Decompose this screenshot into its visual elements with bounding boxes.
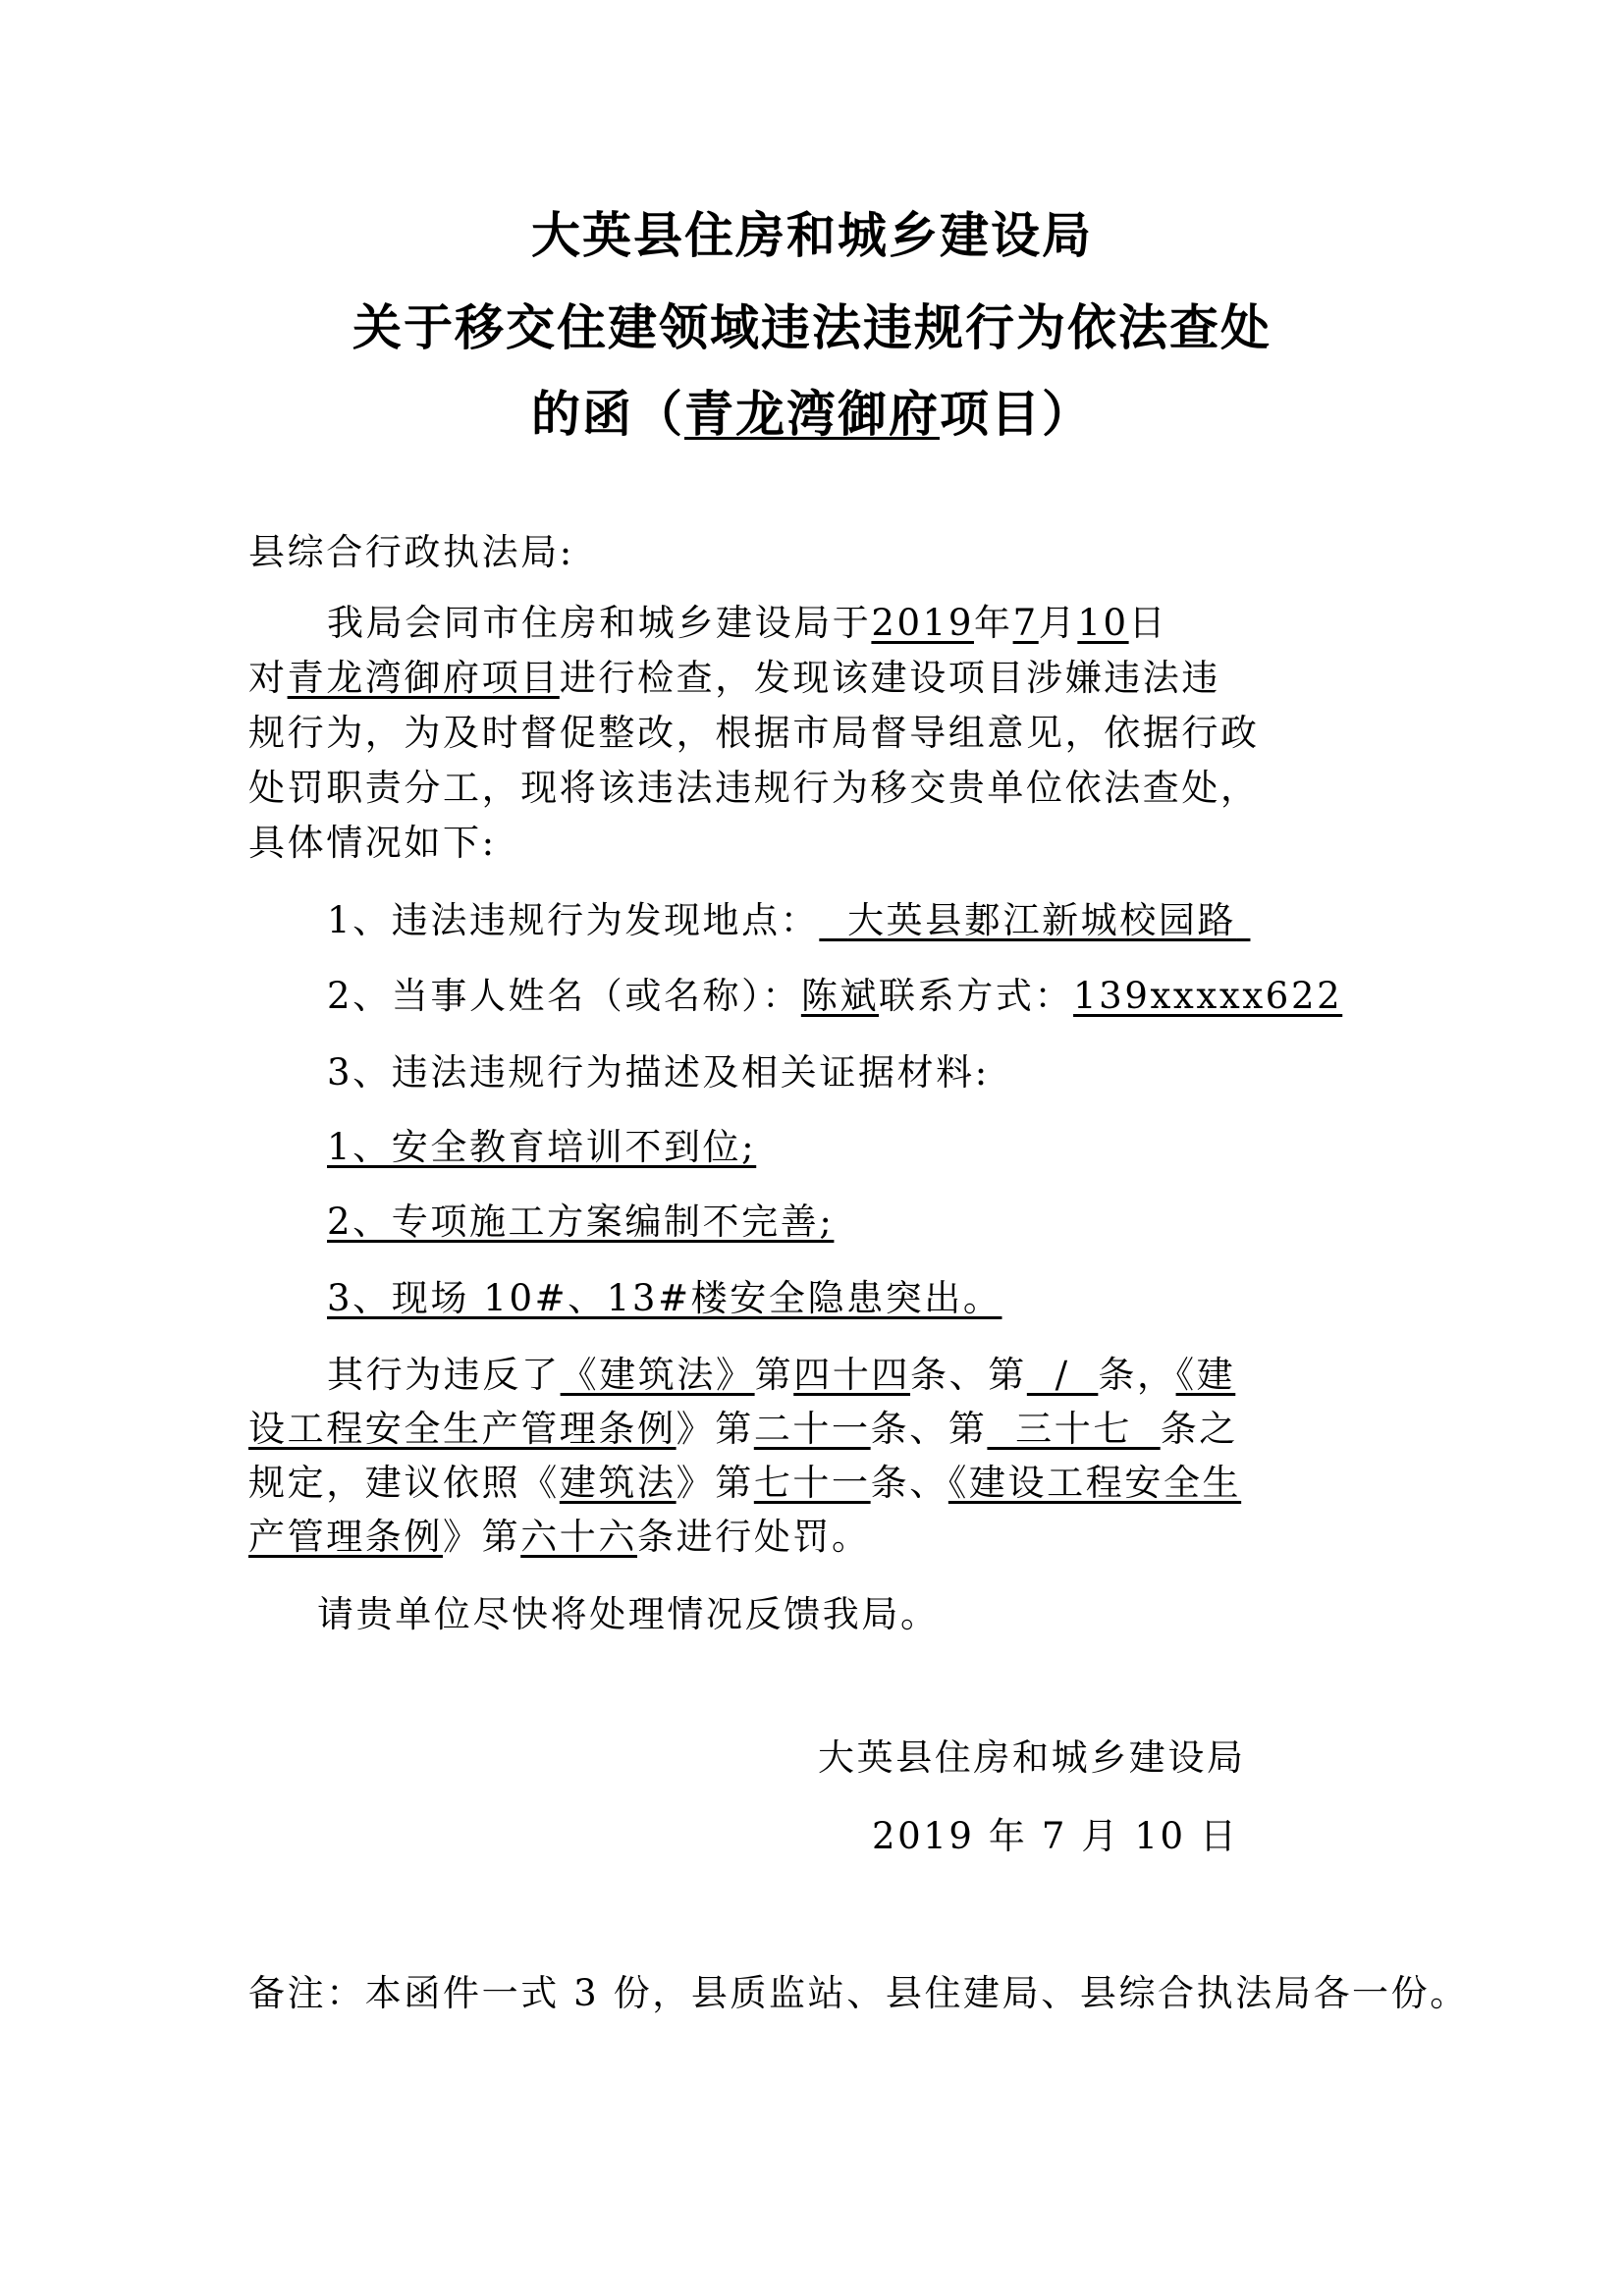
label: 联系方式： bbox=[879, 975, 1073, 1017]
article-number: 七十一 bbox=[754, 1462, 871, 1504]
text: 月 bbox=[1039, 602, 1078, 644]
text: 条， bbox=[1098, 1354, 1175, 1396]
text: 对 bbox=[248, 657, 288, 699]
inspection-month: 7 bbox=[1013, 602, 1039, 644]
article-number: 二十一 bbox=[754, 1408, 871, 1450]
item-location: 1、违法违规行为发现地点： 大英县郪江新城校园路 bbox=[327, 898, 1250, 943]
item-party: 2、当事人姓名（或名称）：陈斌联系方式：139xxxxx622 bbox=[327, 974, 1342, 1019]
article-number: / bbox=[1027, 1354, 1099, 1396]
title-line-2: 关于移交住建领域违法违规行为依法查处 bbox=[0, 298, 1624, 357]
title-line-1: 大英县住房和城乡建设局 bbox=[0, 206, 1624, 265]
intro-line-1: 我局会同市住房和城乡建设局于2019年7月10日 bbox=[327, 601, 1167, 646]
law-reference: 产管理条例 bbox=[248, 1516, 443, 1558]
text: 年 bbox=[974, 602, 1013, 644]
intro-line-2: 对青龙湾御府项目进行检查，发现该建设项目涉嫌违法违 bbox=[248, 656, 1220, 701]
text: 条进行处罚。 bbox=[637, 1516, 871, 1558]
recipient: 县综合行政执法局: bbox=[248, 530, 574, 575]
text: 条、第 bbox=[871, 1408, 988, 1450]
legal-line-4: 产管理条例》第六十六条进行处罚。 bbox=[248, 1515, 871, 1560]
request-text: 请贵单位尽快将处理情况反馈我局。 bbox=[317, 1592, 940, 1637]
issuer-name: 大英县住房和城乡建设局 bbox=[531, 207, 1093, 264]
law-reference: 《建设工程安全生 bbox=[948, 1462, 1241, 1504]
violation-item: 3、现场 10#、13#楼安全隐患突出。 bbox=[327, 1276, 1001, 1321]
intro-line-4: 处罚职责分工，现将该违法违规行为移交贵单位依法查处， bbox=[248, 766, 1260, 811]
article-number: 三十七 bbox=[987, 1408, 1160, 1450]
violation-item: 1、安全教育培训不到位; bbox=[327, 1125, 756, 1170]
inspection-day: 10 bbox=[1077, 602, 1128, 644]
signature-org: 大英县住房和城乡建设局 bbox=[818, 1735, 1246, 1781]
text: 条之 bbox=[1161, 1408, 1238, 1450]
text: 条、 bbox=[871, 1462, 948, 1504]
text: 规定，建议依照《 bbox=[248, 1462, 560, 1504]
violation-item: 2、专项施工方案编制不完善; bbox=[327, 1200, 834, 1245]
text: 条、第 bbox=[910, 1354, 1027, 1396]
label: 2、当事人姓名（或名称）： bbox=[327, 975, 801, 1017]
law-reference: 建筑法 bbox=[560, 1462, 677, 1504]
law-reference: 设工程安全生产管理条例 bbox=[248, 1408, 677, 1450]
intro-line-3: 规行为，为及时督促整改，根据市局督导组意见，依据行政 bbox=[248, 711, 1260, 756]
article-number: 六十六 bbox=[520, 1516, 637, 1558]
intro-line-5: 具体情况如下: bbox=[248, 821, 497, 866]
text: 其行为违反了 bbox=[327, 1354, 561, 1396]
text: 日 bbox=[1129, 602, 1168, 644]
legal-line-2: 设工程安全生产管理条例》第二十一条、第 三十七 条之 bbox=[248, 1407, 1238, 1452]
footnote: 备注：本函件一式 3 份，县质监站、县住建局、县综合执法局各一份。 bbox=[248, 1971, 1469, 2016]
signature-date: 2019 年 7 月 10 日 bbox=[872, 1814, 1239, 1859]
text: 》第 bbox=[677, 1408, 754, 1450]
project-name: 青龙湾御府项目 bbox=[288, 657, 560, 699]
text: 第 bbox=[755, 1354, 794, 1396]
law-reference: 《建筑法》 bbox=[561, 1354, 755, 1396]
item-evidence: 3、违法违规行为描述及相关证据材料: bbox=[327, 1050, 990, 1095]
text: 我局会同市住房和城乡建设局于 bbox=[327, 602, 871, 644]
title-suffix: 项目） bbox=[940, 386, 1093, 443]
letter-page: 大英县住房和城乡建设局 关于移交住建领域违法违规行为依法查处 的函（青龙湾御府项… bbox=[0, 0, 1624, 2296]
legal-line-1: 其行为违反了《建筑法》第四十四条、第 / 条，《建 bbox=[327, 1353, 1235, 1398]
law-reference: 《建 bbox=[1176, 1354, 1236, 1396]
subject-text: 关于移交住建领域违法违规行为依法查处 bbox=[352, 299, 1272, 356]
title-prefix: 的函（ bbox=[531, 386, 684, 443]
location-value: 大英县郪江新城校园路 bbox=[819, 899, 1250, 941]
legal-line-3: 规定，建议依照《建筑法》第七十一条、《建设工程安全生 bbox=[248, 1461, 1241, 1506]
party-name: 陈斌 bbox=[801, 975, 879, 1017]
title-project-name: 青龙湾御府 bbox=[684, 386, 940, 443]
text: 》第 bbox=[677, 1462, 754, 1504]
text: 进行检查，发现该建设项目涉嫌违法违 bbox=[560, 657, 1220, 699]
inspection-year: 2019 bbox=[871, 602, 974, 644]
label: 1、违法违规行为发现地点： bbox=[327, 899, 819, 941]
article-number: 四十四 bbox=[793, 1354, 910, 1396]
contact-value: 139xxxxx622 bbox=[1073, 975, 1342, 1017]
text: 》第 bbox=[443, 1516, 520, 1558]
title-line-3: 的函（青龙湾御府项目） bbox=[0, 385, 1624, 444]
text: 大英县郪江新城校园路 bbox=[847, 899, 1236, 941]
